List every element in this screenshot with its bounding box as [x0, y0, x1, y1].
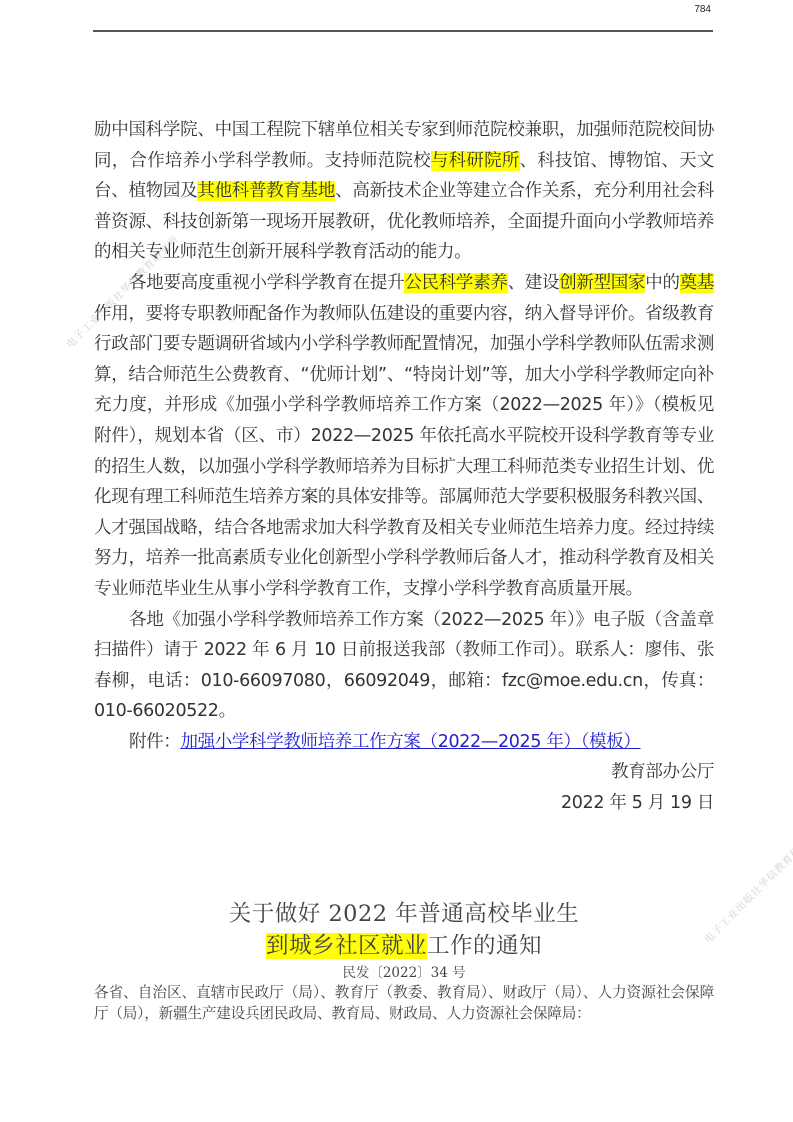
document-body: 励中国科学院、中国工程院下辖单位相关专家到师范院校兼职，加强师范院校间协同，合作… — [94, 115, 714, 819]
paragraph-3: 各地《加强小学科学教师培养工作方案（2022—2025 年）》电子版（含盖章扫描… — [94, 605, 714, 727]
header-rule — [93, 30, 713, 32]
paragraph-1: 励中国科学院、中国工程院下辖单位相关专家到师范院校兼职，加强师范院校间协同，合作… — [94, 115, 714, 268]
signature-date: 2022 年 5 月 19 日 — [94, 788, 714, 819]
paragraph-2-part: 各地要高度重视小学科学教育在提升 — [129, 273, 404, 293]
notice-title-rest: 工作的通知 — [427, 933, 542, 959]
page-number: 784 — [694, 4, 711, 15]
highlight-text: 奠基 — [680, 273, 714, 293]
notice-title-line-2: 到城乡社区就业工作的通知 — [94, 930, 714, 962]
paragraph-2-part: 、建设 — [508, 273, 560, 293]
highlight-text: 其他科普教育基地 — [197, 181, 335, 201]
paragraph-2: 各地要高度重视小学科学教育在提升公民科学素养、建设创新型国家中的奠基作用，要将专… — [94, 268, 714, 605]
highlight-text: 与科研院所 — [431, 151, 520, 171]
highlight-text: 到城乡社区就业 — [266, 933, 427, 959]
highlight-text: 创新型国家 — [559, 273, 645, 293]
notice-addressees: 各省、自治区、直辖市民政厅（局）、教育厅（教委、教育局）、财政厅（局）、人力资源… — [94, 983, 714, 1024]
attachment-link[interactable]: 加强小学科学教师培养工作方案（2022—2025 年）（模板） — [180, 732, 640, 752]
notice-title-line-1: 关于做好 2022 年普通高校毕业生 — [94, 898, 714, 930]
notice-section: 关于做好 2022 年普通高校毕业生 到城乡社区就业工作的通知 民发〔2022〕… — [94, 898, 714, 1024]
paragraph-2-part: 作用，要将专职教师配备作为教师队伍建设的重要内容，纳入督导评价。省级教育行政部门… — [94, 304, 714, 599]
attachment-label: 附件： — [129, 732, 180, 752]
highlight-text: 公民科学素养 — [404, 273, 507, 293]
paragraph-2-part: 中的 — [645, 273, 679, 293]
signature-issuer: 教育部办公厅 — [94, 757, 714, 788]
notice-doc-number: 民发〔2022〕34 号 — [94, 963, 714, 983]
attachment-line: 附件：加强小学科学教师培养工作方案（2022—2025 年）（模板） — [94, 727, 714, 758]
